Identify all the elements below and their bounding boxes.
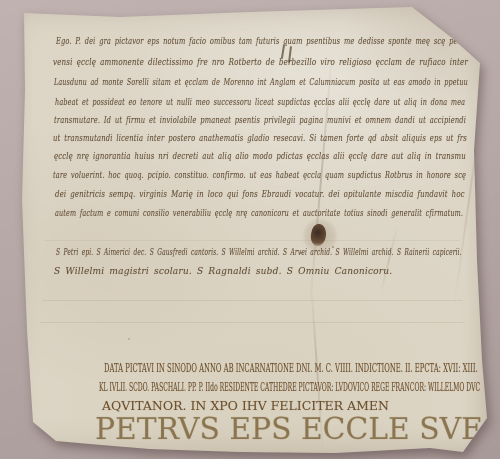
charter-body-line-text: Lausdunu ad monte Sorelli sitam et ęccla… xyxy=(54,78,468,88)
dating-clause-line: AQVITANOR. IN XPO IHV FELICITER AMEN xyxy=(102,398,389,413)
witness-subscription-line: S Willelmi magistri scolaru. S Ragnaldi … xyxy=(54,267,392,277)
charter-body-line: autem factum e comuni consilio venerabil… xyxy=(55,209,463,219)
witness-subscription-text: S Willelmi magistri scolaru. S Ragnaldi … xyxy=(54,267,392,277)
charter-body-line: ęcclę nrę ignorantia huius nri decreti a… xyxy=(54,152,466,162)
charter-body-line-text: dei genitricis sempq. virginis Marię in … xyxy=(55,190,465,200)
charter-body-line-text: Ego. P. dei gra pictavor eps notum facio… xyxy=(56,37,468,47)
ink-speck xyxy=(300,252,302,254)
dating-clause-text: DATA PICTAVI IN SINODO ANNO AB INCARNATI… xyxy=(104,360,478,375)
ruling-line xyxy=(45,240,460,241)
fold-crease xyxy=(380,226,398,294)
charter-body-line: tare voluerint. hoc quoq. pcipio. consti… xyxy=(53,171,466,181)
dating-clause-line: KL IVLII. SCDO. PASCHALI. PP. P. IIdo RE… xyxy=(99,379,480,394)
charter-body-line-text: habeat et possideat eo tenore ut nulli m… xyxy=(55,98,465,108)
charter-body-line: vensi ęcclę ammonente dilectissimo fre n… xyxy=(53,58,468,68)
ink-speck xyxy=(128,338,130,340)
charter-body-line-text: transmutare. Id ut firmu et inviolabile … xyxy=(54,116,466,126)
episcopal-monogram-line: PETRVS EPS ECCLE SVE xyxy=(95,412,483,447)
charter-body-line: dei genitricis sempq. virginis Marię in … xyxy=(55,190,465,200)
dating-clause-text: KL IVLII. SCDO. PASCHALI. PP. P. IIdo RE… xyxy=(99,379,480,394)
charter-body-line: ut transmutandi licentia inter postero a… xyxy=(53,134,467,144)
ruling-line xyxy=(40,322,465,323)
charter-body-line-text: ut transmutandi licentia inter postero a… xyxy=(53,134,467,144)
dating-clause-line: DATA PICTAVI IN SINODO ANNO AB INCARNATI… xyxy=(104,360,478,375)
photo-backdrop: 40 Ego. P. dei gra pictavor eps notum fa… xyxy=(0,0,500,459)
charter-body-line-text: autem factum e comuni consilio venerabil… xyxy=(55,209,463,219)
parchment-shadow: 40 Ego. P. dei gra pictavor eps notum fa… xyxy=(0,0,500,459)
episcopal-monogram-text: PETRVS EPS ECCLE SVE xyxy=(95,412,483,447)
charter-body-line-text: tare voluerint. hoc quoq. pcipio. consti… xyxy=(53,171,466,181)
ruling-line xyxy=(42,300,462,301)
parchment-charter: 40 Ego. P. dei gra pictavor eps notum fa… xyxy=(0,0,500,459)
dating-clause-text: AQVITANOR. IN XPO IHV FELICITER AMEN xyxy=(102,398,389,413)
archive-mark: 40 xyxy=(5,12,15,21)
charter-body-line-text: ęcclę nrę ignorantia huius nri decreti a… xyxy=(54,152,466,162)
ink-speck xyxy=(332,246,334,248)
charter-body-line: Lausdunu ad monte Sorelli sitam et ęccla… xyxy=(54,78,468,88)
witness-subscription-text: S Petri epi. S Aimerici dec. S Gausfredi… xyxy=(56,248,462,258)
charter-body-line: transmutare. Id ut firmu et inviolabile … xyxy=(54,116,466,126)
charter-body-line: habeat et possideat eo tenore ut nulli m… xyxy=(55,98,465,108)
charter-body-line-text: vensi ęcclę ammonente dilectissimo fre n… xyxy=(53,58,468,68)
charter-body-line: Ego. P. dei gra pictavor eps notum facio… xyxy=(56,37,468,47)
witness-subscription-line: S Petri epi. S Aimerici dec. S Gausfredi… xyxy=(56,248,462,258)
